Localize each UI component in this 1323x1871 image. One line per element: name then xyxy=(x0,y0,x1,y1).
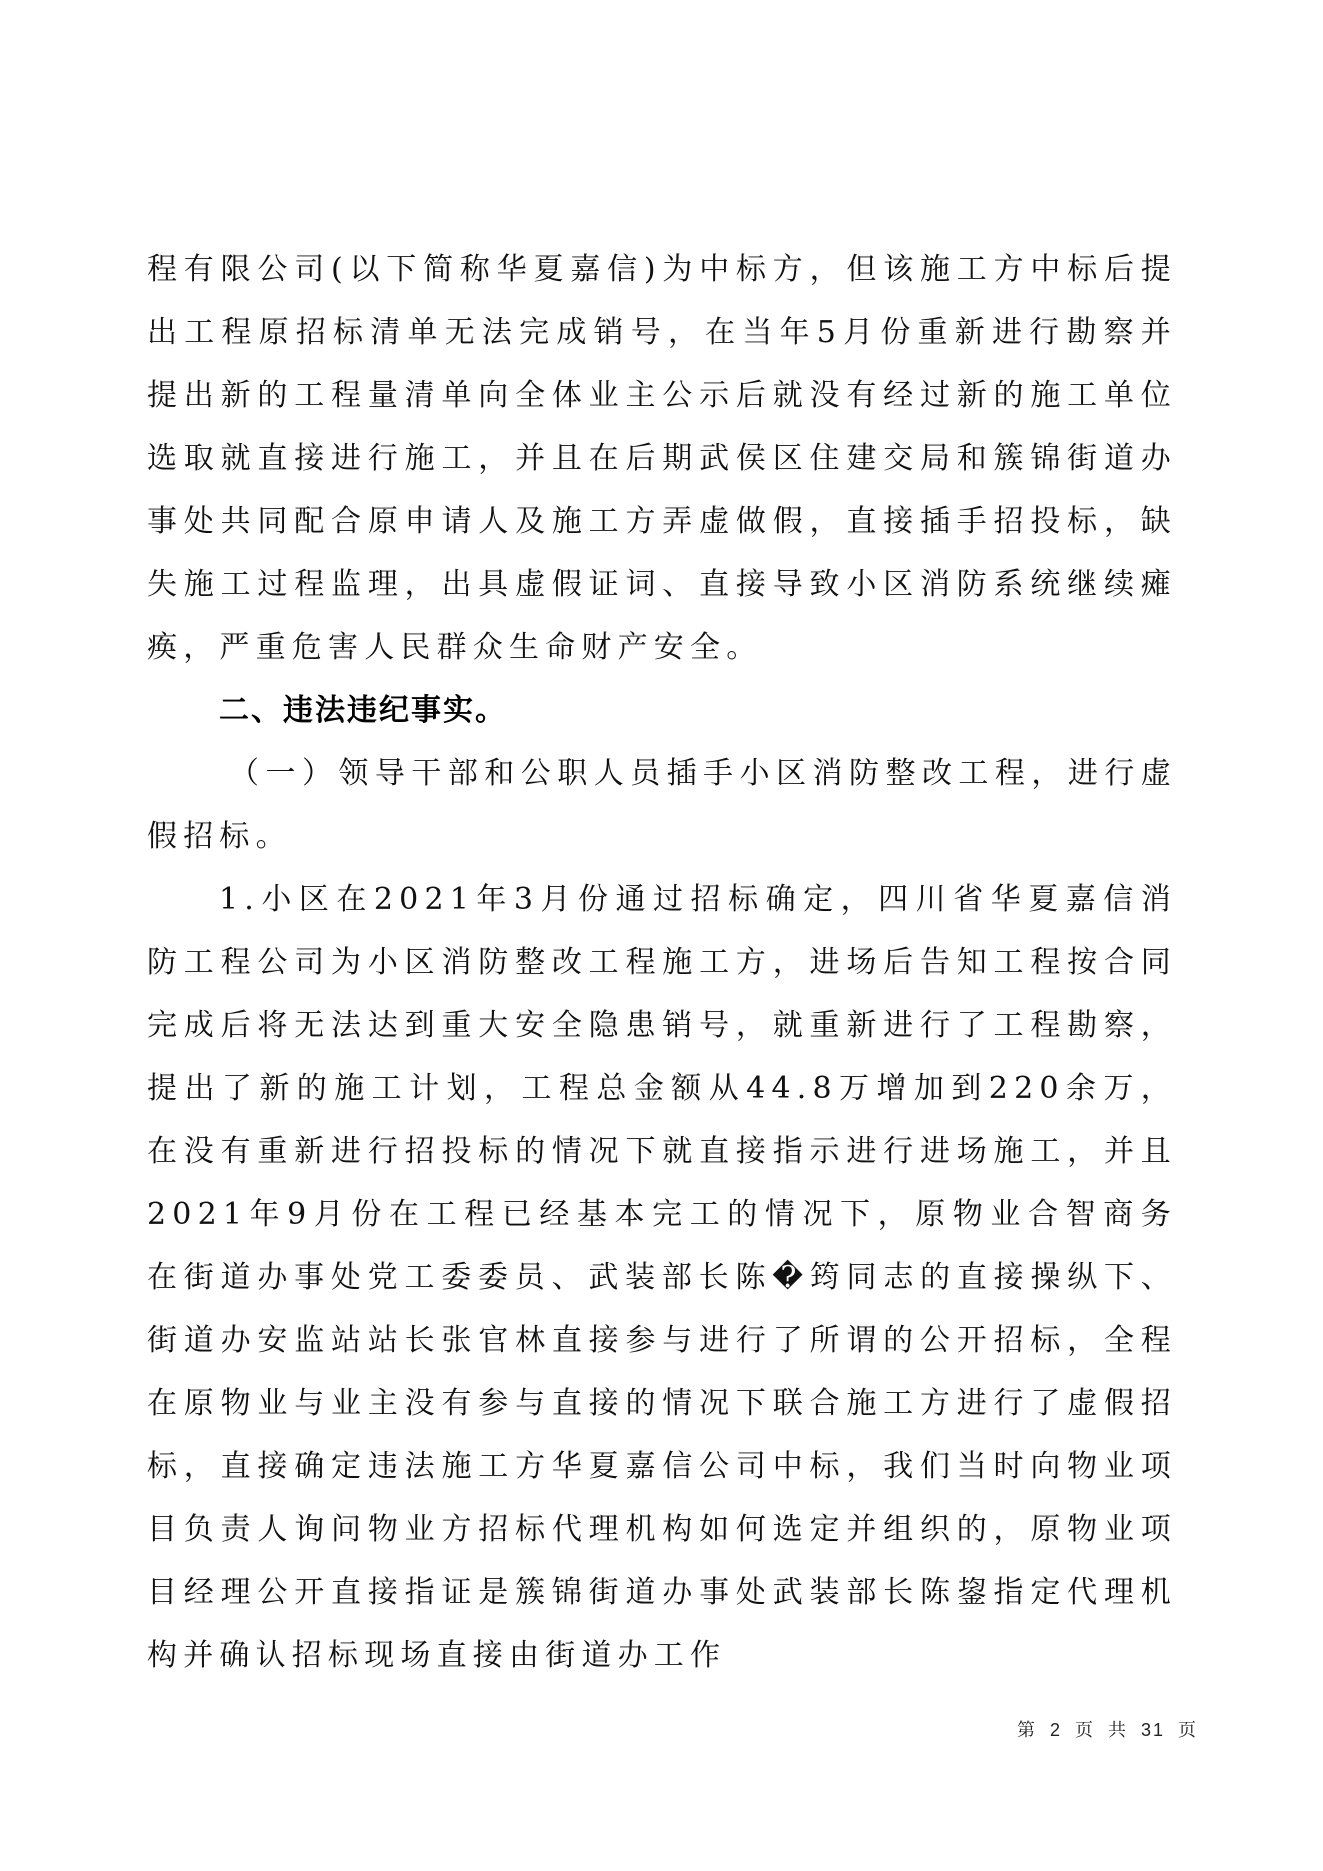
subsection-heading: （一）领导干部和公职人员插手小区消防整改工程，进行虚假招标。 xyxy=(147,742,1177,868)
section-heading: 二、违法违纪事实。 xyxy=(147,679,1177,742)
document-body: 程有限公司(以下简称华夏嘉信)为中标方，但该施工方中标后提出工程原招标清单无法完… xyxy=(147,238,1177,1687)
document-page: 程有限公司(以下简称华夏嘉信)为中标方，但该施工方中标后提出工程原招标清单无法完… xyxy=(0,0,1323,1871)
paragraph-item-1: 1.小区在2021年3月份通过招标确定，四川省华夏嘉信消防工程公司为小区消防整改… xyxy=(147,868,1177,1687)
paragraph-continuation: 程有限公司(以下简称华夏嘉信)为中标方，但该施工方中标后提出工程原招标清单无法完… xyxy=(147,238,1177,679)
page-number-footer: 第 2 页 共 31 页 xyxy=(1017,1716,1198,1742)
